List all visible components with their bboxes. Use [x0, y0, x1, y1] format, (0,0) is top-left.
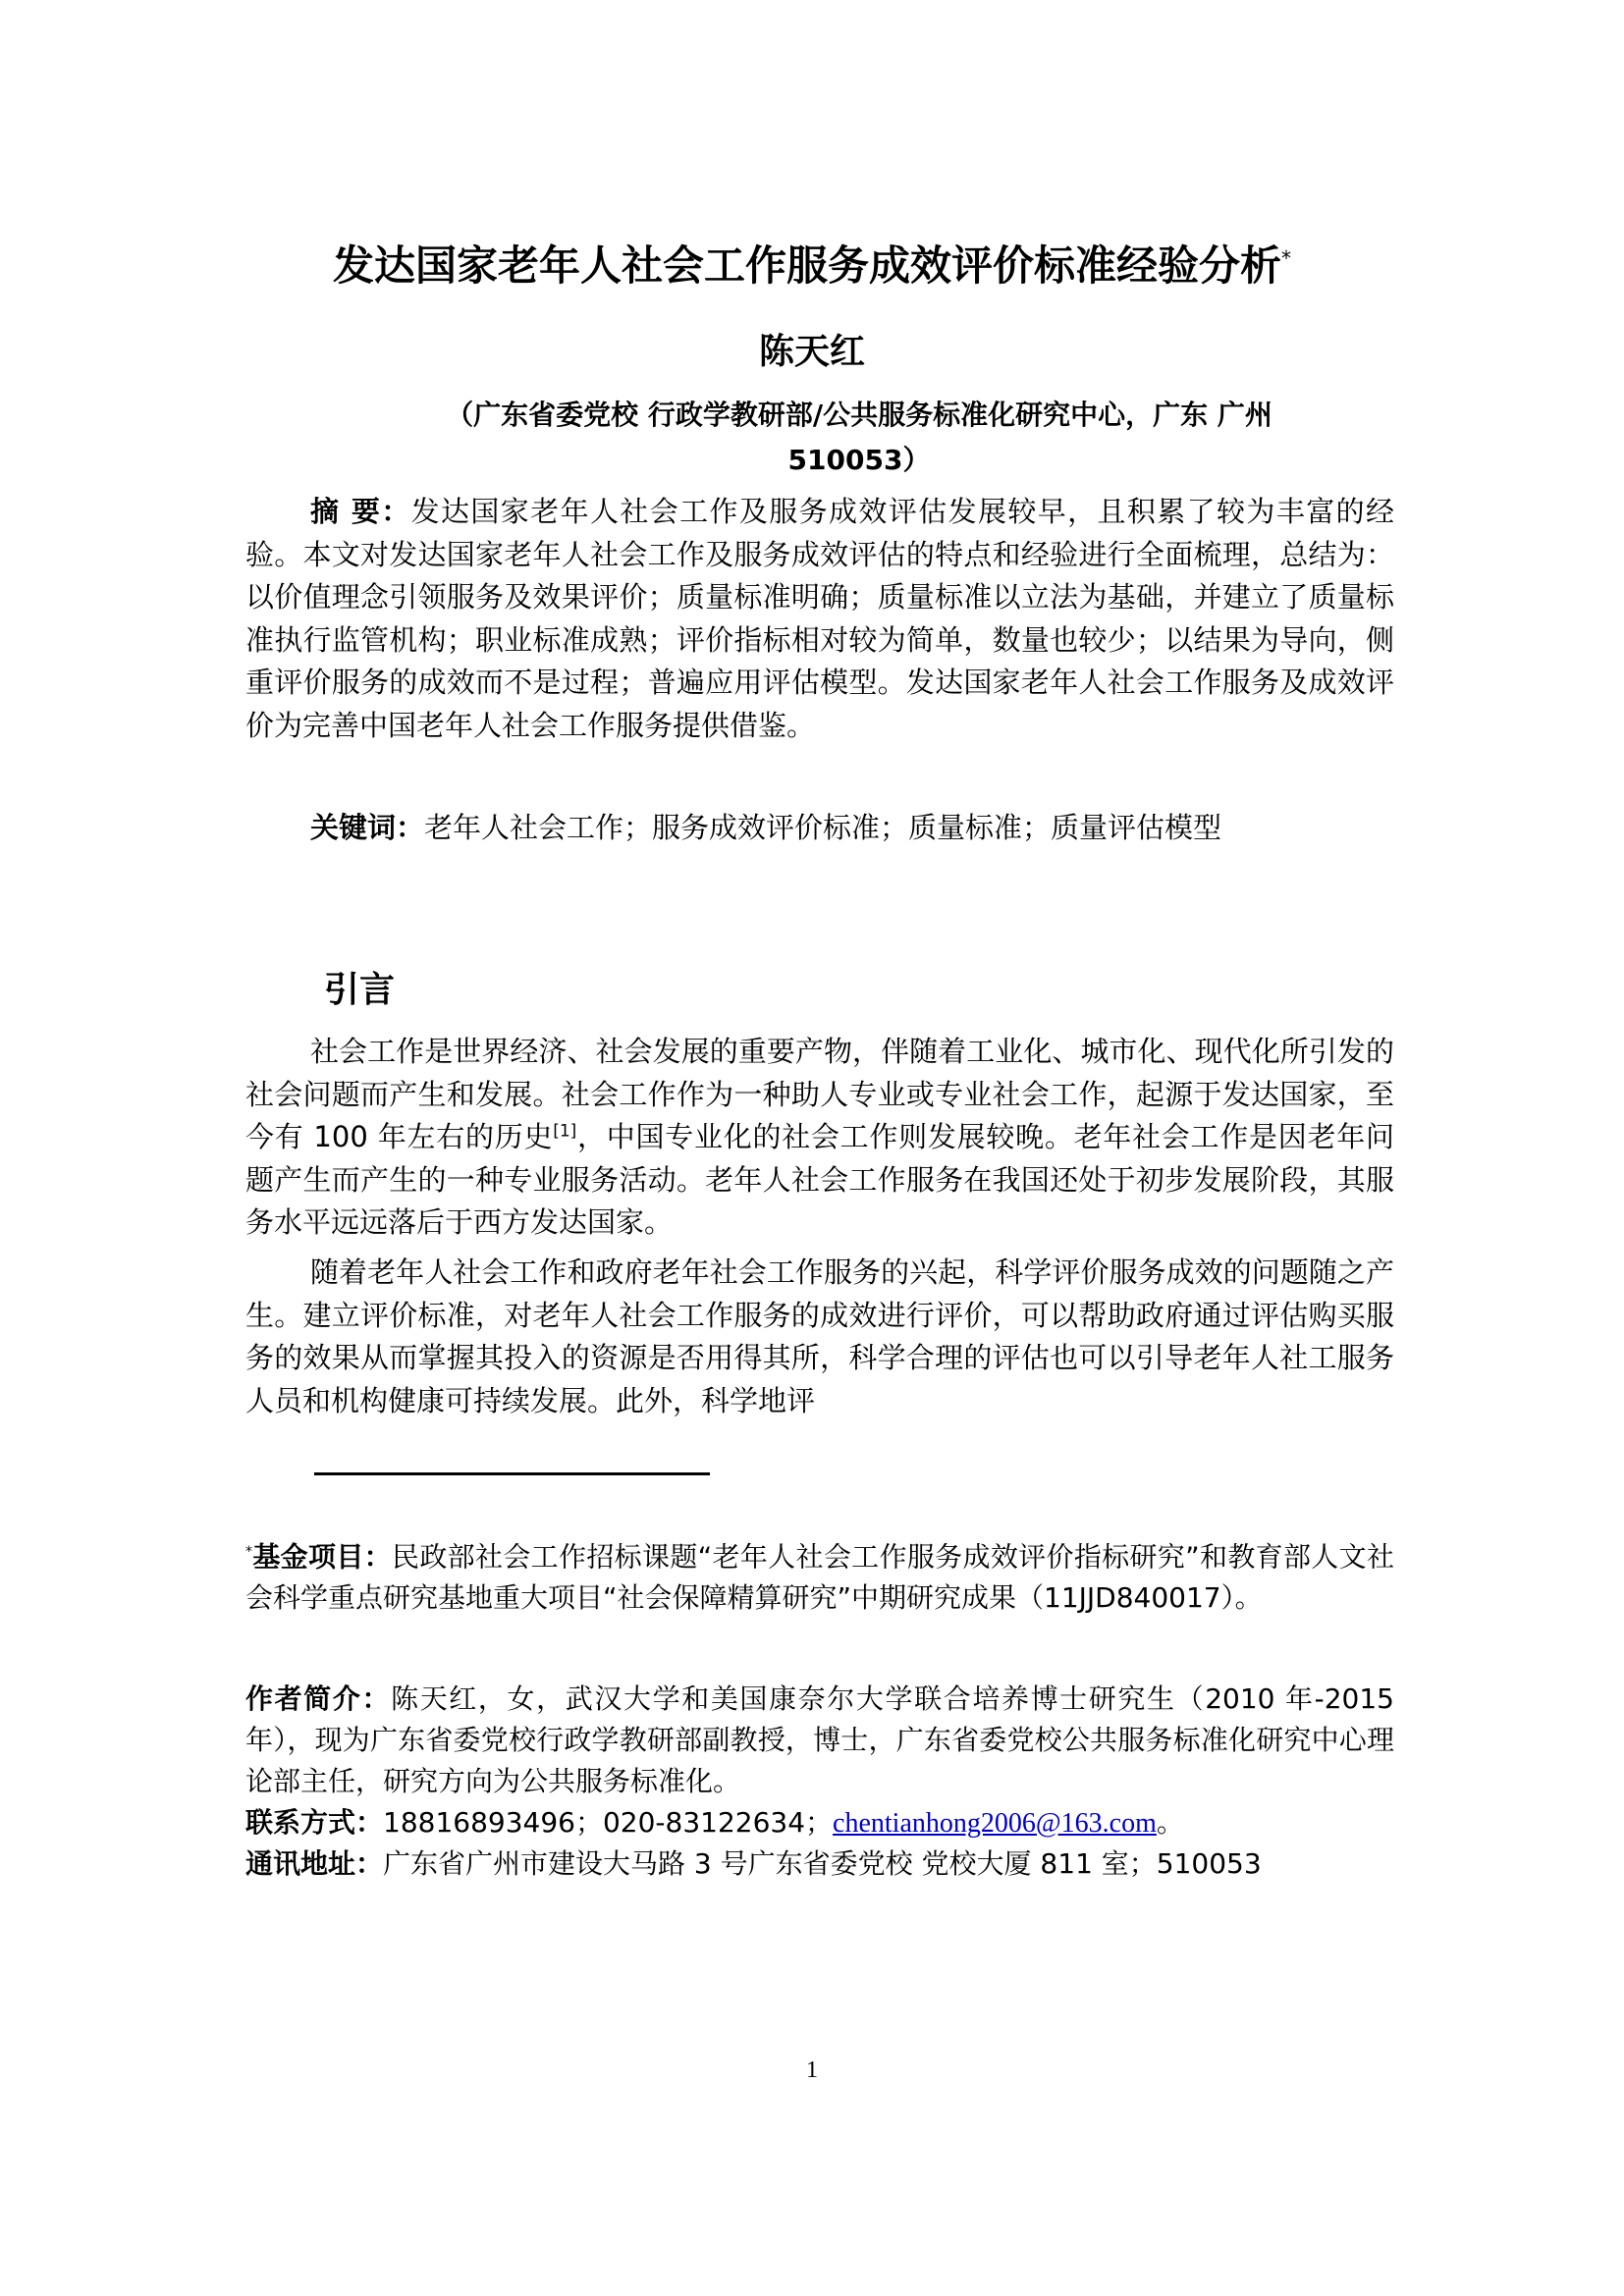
funding-text: 民政部社会工作招标课题“老年人社会工作服务成效评价指标研究”和教育部人文社会科学…: [245, 1540, 1394, 1614]
paper-title-text: 发达国家老年人社会工作服务成效评价标准经验分析: [333, 241, 1281, 290]
abstract: 摘 要：发达国家老年人社会工作及服务成效评估发展较早，且积累了较为丰富的经验。本…: [245, 491, 1394, 747]
section-heading-introduction: 引言: [324, 962, 395, 1012]
address-label: 通讯地址：: [245, 1847, 383, 1880]
author-affiliation: （广东省委党校 行政学教研部/公共服务标准化研究中心，广东 广州 510053）: [349, 393, 1370, 483]
funding-label: 基金项目：: [252, 1540, 392, 1573]
bio-label: 作者简介：: [245, 1682, 391, 1715]
abstract-text: 发达国家老年人社会工作及服务成效评估发展较早，且积累了较为丰富的经验。本文对发达…: [245, 495, 1394, 742]
contact-phones: 18816893496；020-83122634；: [383, 1806, 833, 1839]
contact-end: 。: [1157, 1806, 1184, 1839]
intro-paragraph-1: 社会工作是世界经济、社会发展的重要产物，伴随着工业化、城市化、现代化所引发的社会…: [245, 1031, 1394, 1245]
intro-paragraph-2: 随着老年人社会工作和政府老年社会工作服务的兴起，科学评价服务成效的问题随之产生。…: [245, 1252, 1394, 1422]
address-text: 广东省广州市建设大马路 3 号广东省委党校 党校大厦 811 室；510053: [383, 1847, 1262, 1880]
keywords-label: 关键词：: [310, 811, 424, 844]
bio-text: 陈天红，女，武汉大学和美国康奈尔大学联合培养博士研究生（2010 年-2015 …: [245, 1682, 1394, 1797]
footnote-contact: 联系方式：18816893496；020-83122634；chentianho…: [245, 1802, 1394, 1844]
keywords: 关键词：老年人社会工作；服务成效评价标准；质量标准；质量评估模型: [245, 807, 1394, 850]
funding-footnote-mark: *: [245, 1544, 252, 1560]
contact-email-link[interactable]: chentianhong2006@163.com: [833, 1808, 1157, 1839]
affiliation-line-1: （广东省委党校 行政学教研部/公共服务标准化研究中心，广东 广州: [349, 393, 1370, 438]
footnote-separator: [314, 1472, 710, 1475]
contact-label: 联系方式：: [245, 1806, 383, 1839]
paper-title: 发达国家老年人社会工作服务成效评价标准经验分析*: [0, 234, 1624, 293]
abstract-label: 摘 要：: [310, 495, 411, 528]
author-name: 陈天红: [0, 324, 1624, 374]
page-number: 1: [0, 2057, 1624, 2084]
footnote-author-bio: 作者简介：陈天红，女，武汉大学和美国康奈尔大学联合培养博士研究生（2010 年-…: [245, 1679, 1394, 1802]
citation-ref-1[interactable]: [1]: [553, 1121, 576, 1141]
affiliation-line-2: 510053）: [349, 438, 1370, 483]
keywords-text: 老年人社会工作；服务成效评价标准；质量标准；质量评估模型: [424, 811, 1221, 844]
footnote-funding: *基金项目：民政部社会工作招标课题“老年人社会工作服务成效评价指标研究”和教育部…: [245, 1531, 1394, 1619]
document-page: 发达国家老年人社会工作服务成效评价标准经验分析* 陈天红 （广东省委党校 行政学…: [0, 0, 1624, 2296]
title-footnote-mark: *: [1281, 246, 1291, 270]
footnote-address: 通讯地址：广东省广州市建设大马路 3 号广东省委党校 党校大厦 811 室；51…: [245, 1843, 1394, 1885]
